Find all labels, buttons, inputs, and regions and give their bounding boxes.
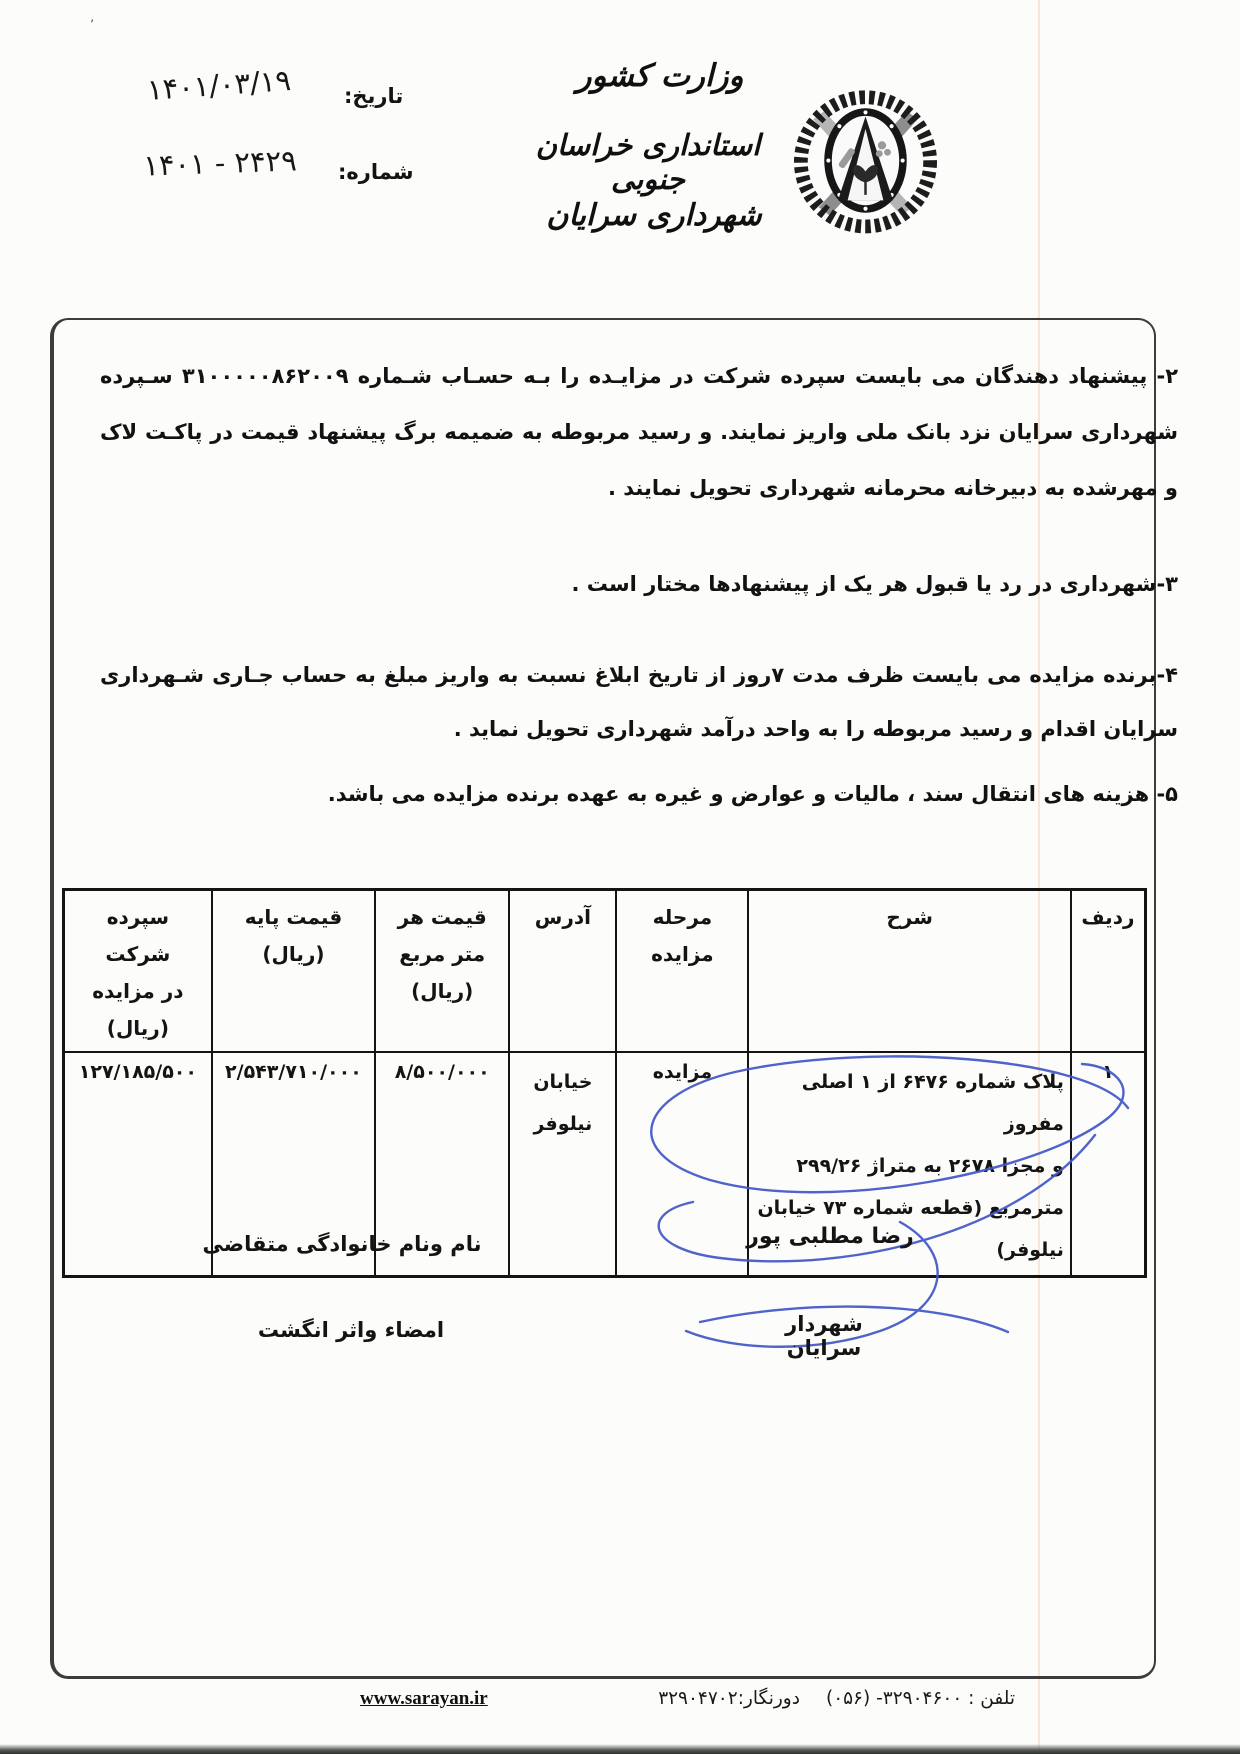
- cell-deposit: ۱۲۷/۱۸۵/۵۰۰: [64, 1052, 212, 1277]
- number-label: شماره:: [338, 160, 414, 184]
- signer-title: شهردار سرایان: [746, 1312, 902, 1360]
- applicant-name-label: نام ونام خانوادگی متقاضی: [192, 1232, 492, 1256]
- applicant-signature-label: امضاء واثر انگشت: [228, 1318, 474, 1342]
- org-governorate: استانداری خراسان جنوبی: [528, 128, 768, 196]
- body-paragraph-4: ۴-برنده مزایده می بایست ظرف مدت ۷روز از …: [100, 648, 1178, 756]
- col-header-price-per-m2: قیمت هر متر مربع (ریال): [375, 890, 509, 1053]
- col-header-row-number: ردیف: [1071, 890, 1146, 1053]
- phone-text: تلفن : ۳۲۹۰۴۶۰۰- (۰۵۶): [826, 1688, 1015, 1709]
- number-value: ۲۴۲۹ - ۱۴۰۱: [99, 142, 340, 184]
- scan-bottom-edge: [0, 1744, 1240, 1754]
- date-label: تاریخ:: [344, 84, 403, 108]
- footer: تلفن : ۳۲۹۰۴۶۰۰- (۰۵۶) دورنگار:۳۲۹۰۴۷۰۲ …: [360, 1688, 1015, 1710]
- municipality-emblem-logo: [783, 80, 948, 252]
- date-value: ۱۴۰۱/۰۳/۱۹: [99, 60, 339, 111]
- scan-speck: ٬: [90, 18, 94, 33]
- footer-contact: تلفن : ۳۲۹۰۴۶۰۰- (۰۵۶) دورنگار:۳۲۹۰۴۷۰۲: [658, 1688, 1015, 1709]
- col-header-deposit: سپرده شرکت در مزایده (ریال): [64, 890, 212, 1053]
- col-header-base-price: قیمت پایه (ریال): [212, 890, 375, 1053]
- body-paragraph-3: ۳-شهرداری در رد یا قبول هر یک از پیشنهاد…: [100, 572, 1178, 596]
- fax-text: دورنگار:۳۲۹۰۴۷۰۲: [658, 1688, 800, 1709]
- scanned-letter-page: ٬ تاریخ: ۱۴۰۱/۰۳/۱۹ شماره: ۲۴۲۹ - ۱۴۰۱ و…: [0, 0, 1240, 1754]
- table-header-row: ردیف شرح مرحله مزایده آدرس قیمت هر متر م…: [64, 890, 1146, 1053]
- signer-name: رضا مطلبی پور: [742, 1224, 918, 1249]
- col-header-address: آدرس: [509, 890, 616, 1053]
- col-header-auction-stage: مرحله مزایده: [616, 890, 748, 1053]
- org-ministry: وزارت کشور: [540, 58, 780, 94]
- org-municipality: شهرداری سرایان: [534, 198, 774, 233]
- body-paragraph-5: ۵- هزینه های انتقال سند ، مالیات و عوارض…: [100, 782, 1178, 806]
- body-paragraph-2: ۲- پیشنهاد دهندگان می بایست سپرده شرکت د…: [100, 348, 1178, 516]
- col-header-description: شرح: [748, 890, 1070, 1053]
- website-link[interactable]: www.sarayan.ir: [360, 1688, 488, 1710]
